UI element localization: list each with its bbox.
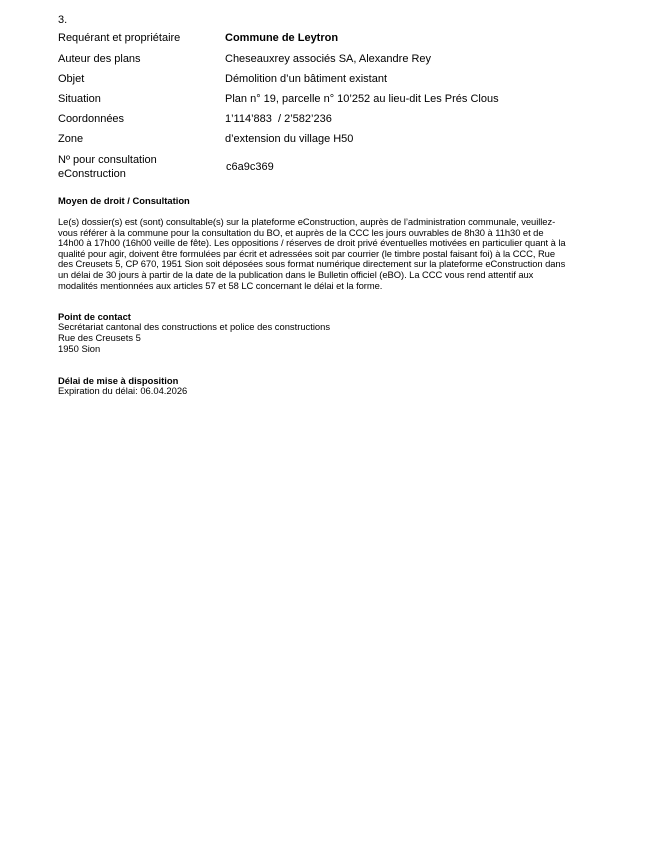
- publication-page: 3. Requérant et propriétaire Commune de …: [58, 14, 628, 396]
- detail-label: Objet: [58, 72, 225, 86]
- detail-label: Coordonnées: [58, 112, 225, 126]
- deadline-text: Expiration du délai: 06.04.2026: [58, 386, 628, 397]
- detail-row-consultation-number: Nº pour consultation eConstruction c6a9c…: [58, 151, 628, 183]
- detail-label: Requérant et propriétaire: [58, 31, 225, 45]
- detail-row-plans-author: Auteur des plans Cheseauxrey associés SA…: [58, 49, 628, 69]
- contact-line: Rue des Creusets 5: [58, 333, 628, 344]
- detail-row-applicant: Requérant et propriétaire Commune de Ley…: [58, 27, 628, 49]
- detail-value: Commune de Leytron: [225, 31, 338, 45]
- detail-label: Zone: [58, 132, 225, 146]
- contact-line: 1950 Sion: [58, 344, 628, 355]
- detail-value: Démolition d’un bâtiment existant: [225, 72, 387, 86]
- detail-label: Situation: [58, 92, 225, 106]
- detail-row-situation: Situation Plan n° 19, parcelle n° 10’252…: [58, 89, 628, 109]
- detail-value: 1’114’883 / 2’582’236: [225, 112, 332, 126]
- legal-line: Le(s) dossier(s) est (sont) consultable(…: [58, 217, 626, 228]
- detail-value: d’extension du village H50: [225, 132, 353, 146]
- detail-row-coordinates: Coordonnées 1’114’883 / 2’582’236: [58, 109, 628, 129]
- legal-line: un délai de 30 jours à partir de la date…: [58, 270, 626, 281]
- item-number: 3.: [58, 14, 628, 27]
- detail-row-object: Objet Démolition d’un bâtiment existant: [58, 69, 628, 89]
- detail-value: Plan n° 19, parcelle n° 10’252 au lieu-d…: [225, 92, 499, 106]
- detail-label-line: eConstruction: [58, 168, 126, 180]
- detail-value: c6a9c369: [225, 160, 274, 174]
- detail-value: Cheseauxrey associés SA, Alexandre Rey: [225, 52, 431, 66]
- detail-label-line: Nº pour consultation: [58, 154, 157, 166]
- legal-line: modalités mentionnées aux articles 57 et…: [58, 281, 626, 292]
- detail-label: Nº pour consultation eConstruction: [58, 153, 225, 181]
- legal-paragraph: Le(s) dossier(s) est (sont) consultable(…: [58, 217, 626, 291]
- details-table: Requérant et propriétaire Commune de Ley…: [58, 27, 628, 183]
- detail-row-zone: Zone d’extension du village H50: [58, 129, 628, 149]
- detail-label: Auteur des plans: [58, 52, 225, 66]
- legal-section-title: Moyen de droit / Consultation: [58, 195, 628, 206]
- deadline-section-title: Délai de mise à disposition: [58, 375, 628, 386]
- contact-line: Secrétariat cantonal des constructions e…: [58, 322, 628, 333]
